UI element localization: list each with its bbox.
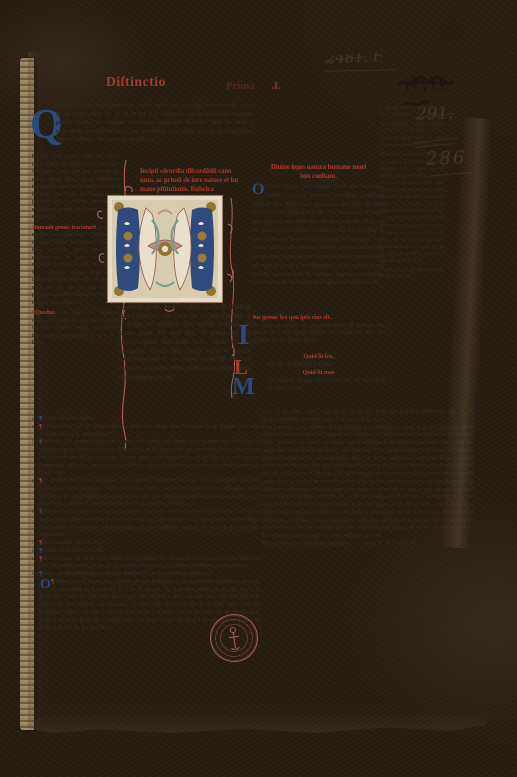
reference-letter: e [372,152,379,159]
column2-rubric-heading: Diuine leges natura humane mori bus conſ… [252,163,385,181]
ink-spot [310,688,313,690]
gloss-lemma: Humanū genus. tractatur9 [32,225,97,231]
entry-lemma: Ex moribus. [42,424,73,430]
entry-text: id eſt diuino [64,416,95,422]
margin-gloss-text: .l. vnica. a Dl. qō docz fugiunt. ff. de… [379,267,444,280]
margin-gloss-text: ¶Fas eſt. i. equū eſt bd ſ. a īquiſ vt. … [379,152,444,264]
paragraph-mos: M Os autem longa cōſuetudo eſt. de morib… [268,377,385,393]
running-title-faded-word: Prima [226,80,255,92]
rubric-quid-sit-mos: Quid ſit mos [252,369,385,376]
entry-text: ad phraſibus ſupra dictam diuiſionē. ſ. … [55,571,210,577]
rubric-jus-genus: Jus genus. lex quā ſpēs eius eſt. [252,314,385,321]
entry-text: Matth. vij. c. [74,540,107,546]
main-text-column1: umanum genus duob9 regitur na turali vid… [118,304,251,382]
reference-letter: i [32,540,39,548]
running-title-distinctio: Diſtinctio [106,74,166,90]
reference-letter: k [32,548,39,556]
entry-text: ſed nonne iudex infert mortem reo. a nō … [40,509,260,538]
lex-line-text: Ex eſt conſtitutio ſcripta. [268,361,333,368]
running-title-numeral: .I. [271,80,280,92]
commentary-text: une. a in alio caſu. xviij. q. ij. c. e.… [262,409,474,423]
shelfmark-suffix: . F [363,47,383,66]
reference-letter: l [32,556,39,564]
commentary-text: ¶Ex mēbro. hoc deſcriptio dupliciter nem… [262,541,416,547]
ink-spot [204,660,208,663]
entry-lemma: Jubetur. [42,439,62,445]
ink-spot [228,714,234,717]
bottom-right-commentary: une. a in alio caſu. xviij. q. ij. c. e.… [262,409,474,549]
entry-lemma: Hinc. [42,571,55,577]
right-margin-gloss: p alienū diua p petraria. nā diua a ſiam… [380,105,444,283]
reference-letter: h [32,509,39,517]
stamp-figure [208,612,260,664]
entry-text: id eſt deberis velle. [58,548,105,554]
shelfmark-underline [324,69,396,71]
shelfmark-number-struck: 2481 [326,48,364,67]
gloss-lemma: ¶Quoduo. [32,310,60,316]
initial-o-omnes: O [252,183,264,197]
line-lex-est: L Ex eſt conſtitutio ſcripta. [268,361,378,368]
entry-text: id eſt in beis cōſiſtit. ſicut ponitur i… [40,556,260,570]
illuminated-initial [106,194,224,304]
reference-letter: g [32,478,39,486]
entry-text: id eſt cōſuetudinario iure. vel etiam iu… [40,424,260,438]
margin-gloss-text: ¶Per alienum. Sz iure naturali olā Na. v… [379,121,444,148]
entry-lemma: Et prohibetur. [42,478,78,484]
column2-body-text: Mnes leges. aut diuine ſunt aut humane. … [252,183,385,286]
reference-letter: e [32,424,39,432]
main-text-column2: OMnes leges. aut diuine ſunt aut humane.… [252,183,385,288]
entry-lemma: Inferre. [42,509,61,515]
library-stamp [207,611,261,665]
ink-scribble-large [396,72,456,96]
entry-lemma: Hec eſt cum. [42,556,73,562]
bottom-left-commentary: d¶Naturali. id eſt diuinoe¶Ex moribus. i… [40,416,260,633]
mos-paragraph-text: Os autem longa cōſuetudo eſt. de moribus… [268,377,385,392]
entry-lemma: In euangelio. [42,540,74,546]
jus-paragraph-text: Us generale nomē eſt. lex autē iuris eſt… [252,322,385,344]
ink-spot [266,92,269,96]
reference-letter: m [32,571,39,579]
query-mark: 7 [231,624,235,633]
commentary-text: ¶Vo generale. quia iuſtum eſt hoc indeq3… [262,425,474,540]
margin-gloss-text: p alienū diua p petraria. nā diua a ſiam… [379,105,444,118]
entry-lemma: Vultis. [42,548,58,554]
prologue-paragraph: uoniam nouis ſuperueniētibus cauſis. nou… [56,102,254,145]
initial-i-jus: I [238,322,249,350]
running-title-center: Prima .I. [226,80,356,92]
ink-spot [281,100,283,102]
reference-letter: n [44,579,51,587]
ink-spot [88,110,90,113]
photograph-background: Diſtinctio Prima .I. 2481. F 291. 286 Q [0,0,517,777]
initial-m-mos: M [232,375,255,399]
shelfmark-annotation: 2481. F [326,47,384,67]
reference-letter: d [32,416,39,424]
manuscript-page: Diſtinctio Prima .I. 2481. F 291. 286 Q [28,48,507,735]
reference-letter: f [32,439,39,447]
rubric-quid-sit-lex: Quid ſit lex. [252,353,385,360]
entry-text: ſed nomine ego. volo q alter det michi r… [40,439,260,476]
entry-lemma: Mnes leges. [54,579,82,585]
entry-lemma: Naturali. [42,416,64,422]
paragraph-jus-generale: I Us generale nomē eſt. lex autē iuris e… [252,322,385,344]
ink-spot [247,95,249,97]
reference-letter: d [372,121,379,128]
ink-spot [390,644,392,646]
